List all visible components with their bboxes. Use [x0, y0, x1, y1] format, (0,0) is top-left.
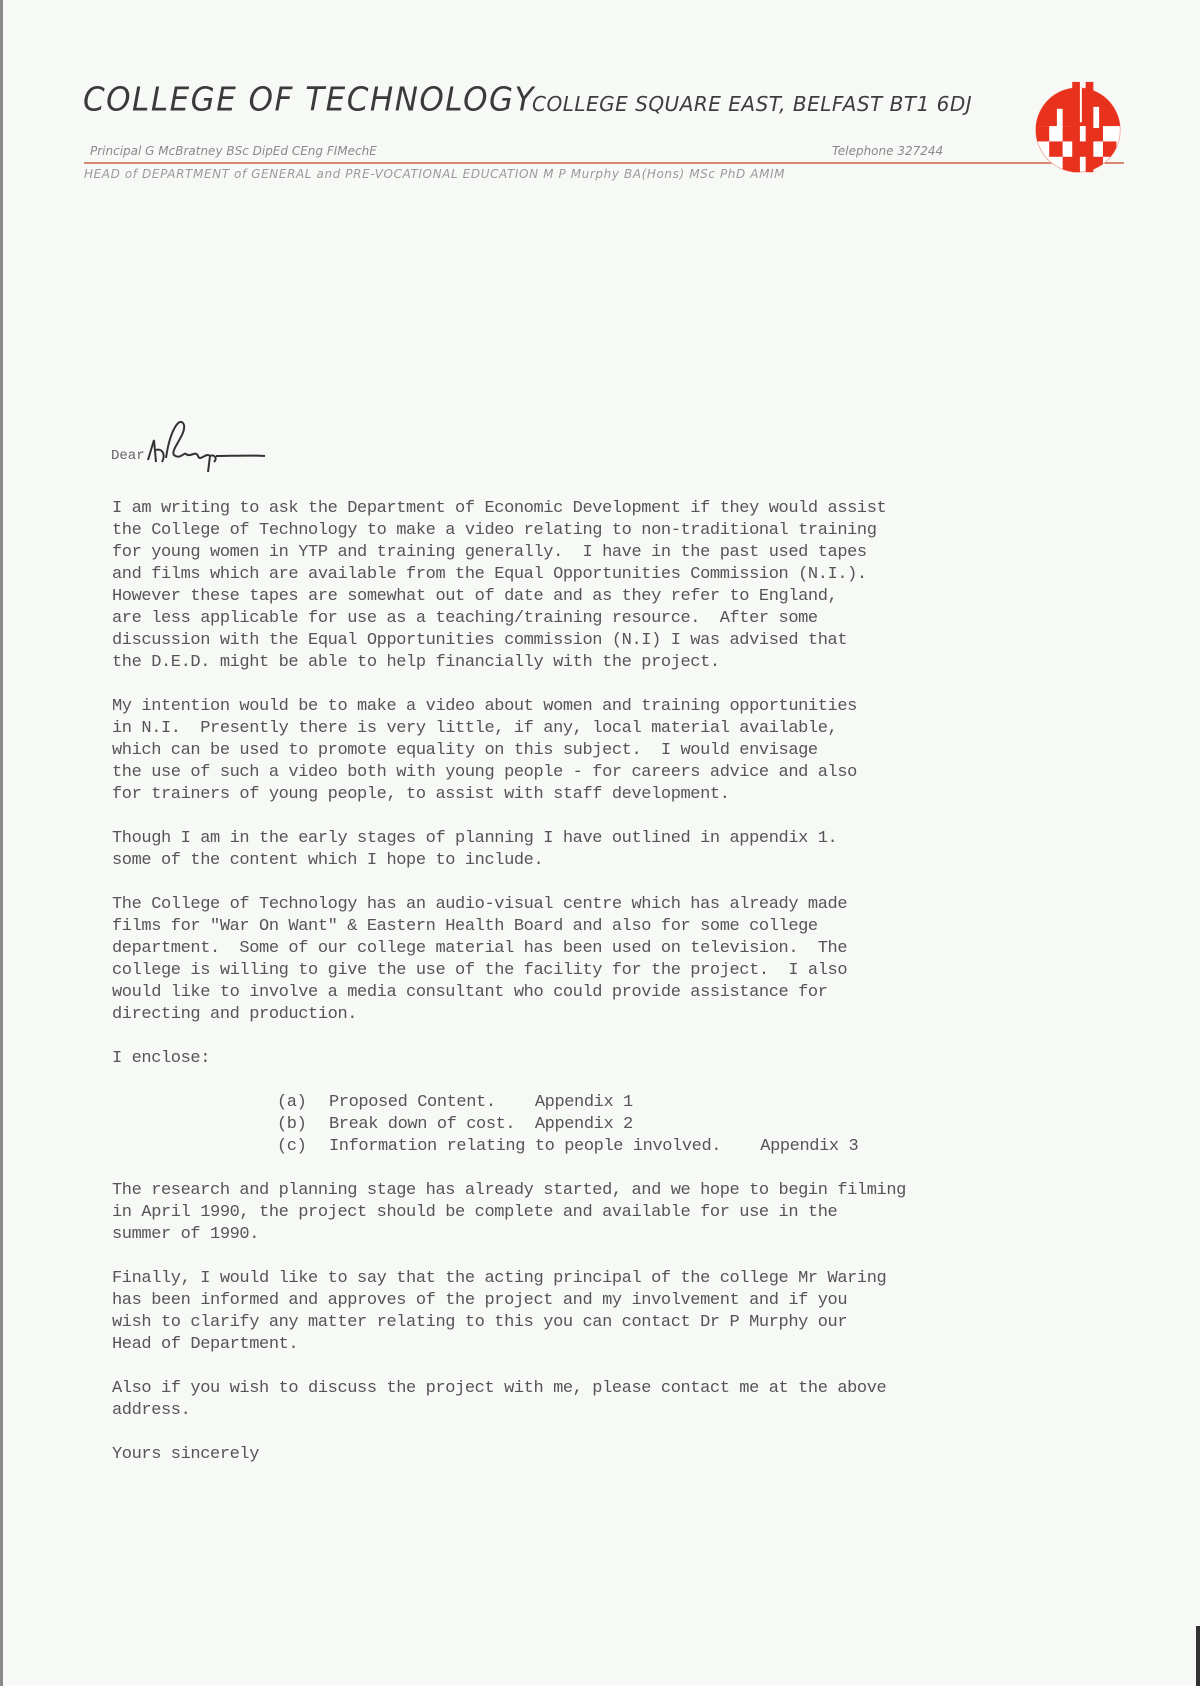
enclosure-item: (a)Proposed Content. Appendix 1 — [112, 1092, 1112, 1114]
enclose-intro: I enclose: — [112, 1048, 1112, 1070]
paragraph: The research and planning stage has alre… — [112, 1180, 1112, 1246]
enclosure-item: (c)Information relating to people involv… — [112, 1136, 1112, 1158]
principal-line: Principal G McBratney BSc DipEd CEng FIM… — [90, 144, 377, 158]
letter-body: I am writing to ask the Department of Ec… — [112, 498, 1112, 1466]
paragraph: The College of Technology has an audio-v… — [112, 894, 1112, 1026]
institution-name: COLLEGE OF TECHNOLOGY — [83, 81, 535, 119]
paragraph: My intention would be to make a video ab… — [112, 696, 1112, 806]
institution-address: COLLEGE SQUARE EAST, BELFAST BT1 6DJ — [532, 92, 972, 116]
enclosure-label: (a) — [277, 1092, 329, 1114]
paragraph: Also if you wish to discuss the project … — [112, 1378, 1112, 1422]
closing: Yours sincerely — [112, 1444, 1112, 1466]
handwritten-salutation-name — [140, 410, 300, 480]
enclosure-list: (a)Proposed Content. Appendix 1(b)Break … — [112, 1092, 1112, 1158]
enclosure-text: Information relating to people involved.… — [329, 1137, 858, 1156]
page-edge — [0, 0, 3, 1686]
enclosure-text: Proposed Content. Appendix 1 — [329, 1093, 633, 1112]
telephone-line: Telephone 327244 — [832, 144, 943, 158]
enclosure-label: (b) — [277, 1114, 329, 1136]
enclosure-label: (c) — [277, 1136, 329, 1158]
enclosure-item: (b)Break down of cost. Appendix 2 — [112, 1114, 1112, 1136]
page-edge-shadow — [1196, 1626, 1200, 1686]
letterhead-divider — [84, 162, 1124, 164]
ctb-monogram-logo-icon — [1030, 80, 1126, 176]
paragraph: Though I am in the early stages of plann… — [112, 828, 1112, 872]
enclosure-text: Break down of cost. Appendix 2 — [329, 1115, 633, 1134]
paragraph: I am writing to ask the Department of Ec… — [112, 498, 1112, 674]
paragraph: Finally, I would like to say that the ac… — [112, 1268, 1112, 1356]
head-of-department-line: HEAD of DEPARTMENT of GENERAL and PRE-VO… — [84, 167, 785, 181]
